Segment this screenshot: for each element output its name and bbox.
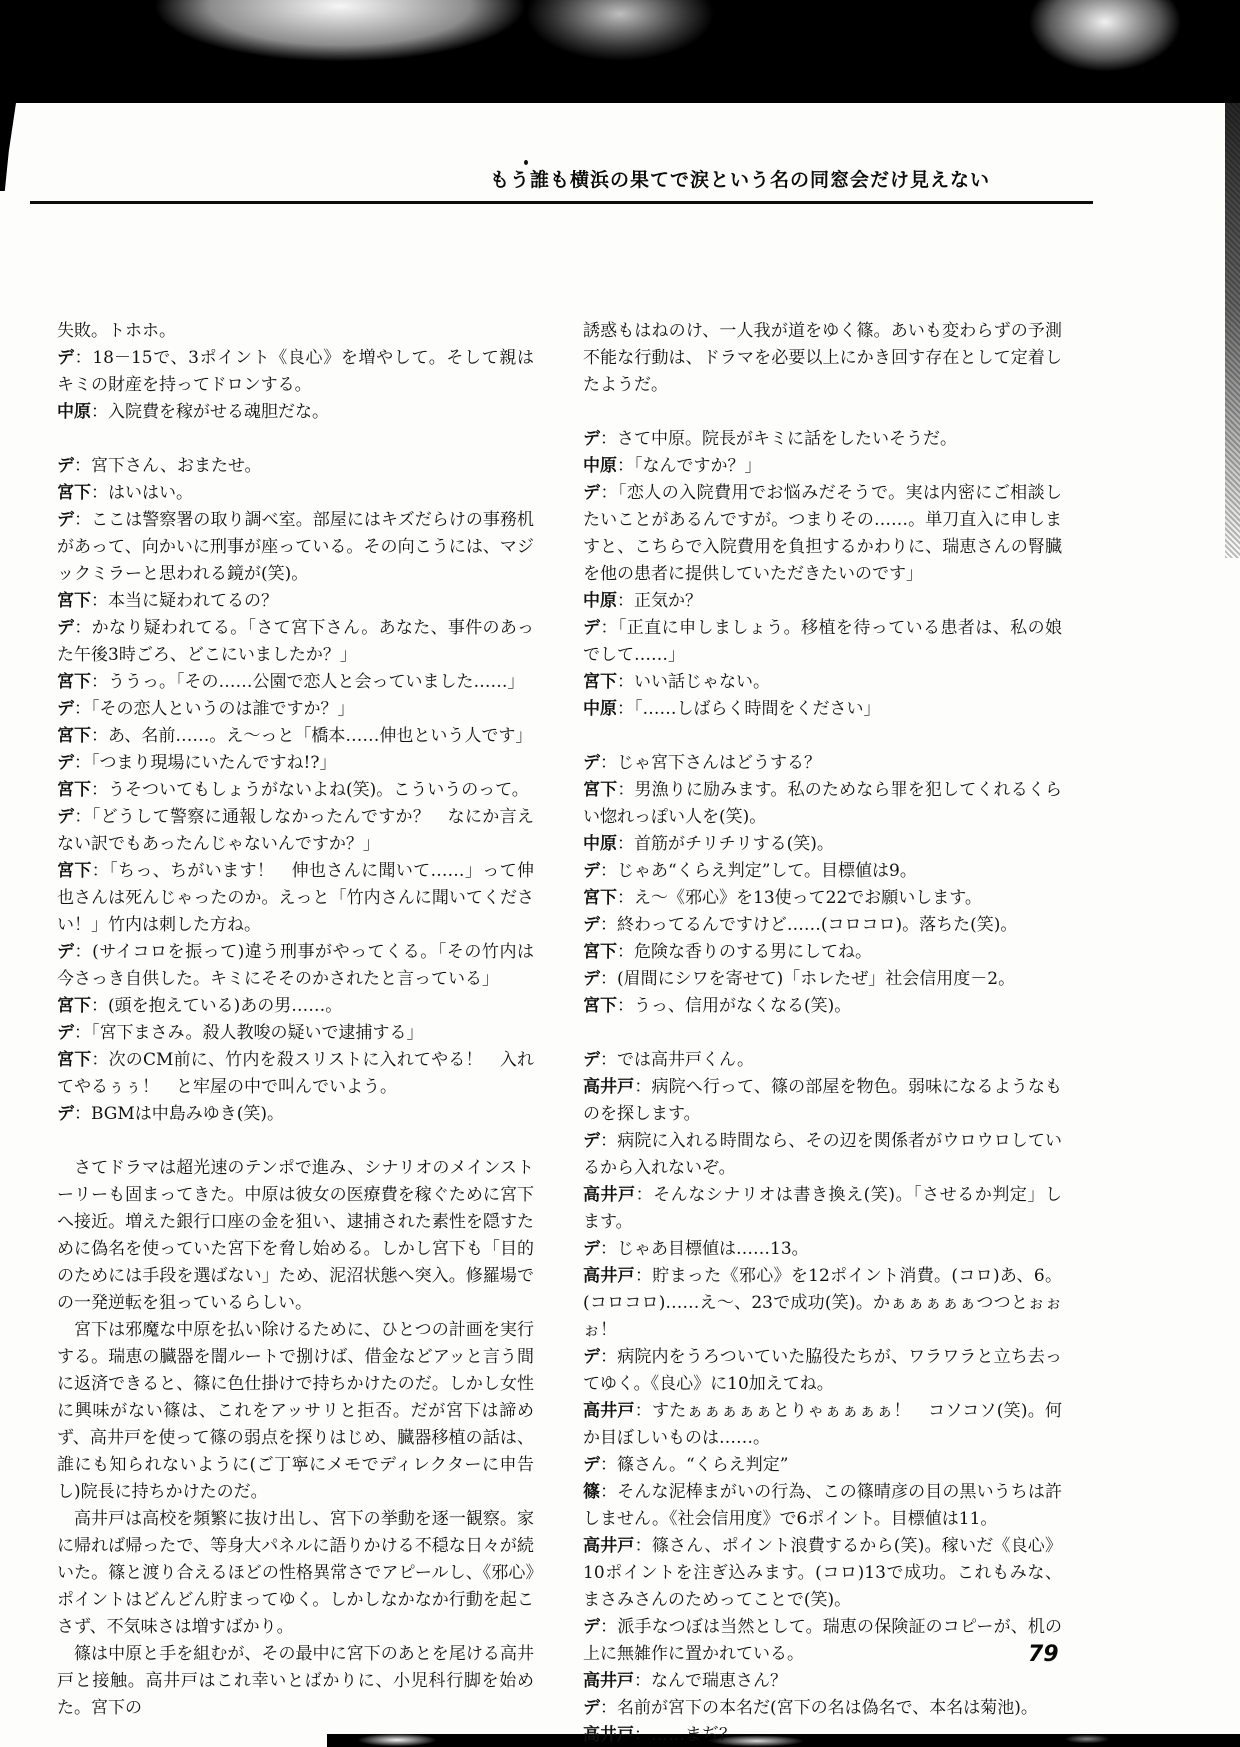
dialogue-text: 篠さん。“くらえ判定” <box>617 1455 788 1475</box>
dialogue-line: 高井戸：すたぁぁぁぁぁとりゃぁぁぁぁ！ コソコソ(笑)。何か目ぼしいものは……。 <box>583 1398 1062 1452</box>
speaker-separator: ： <box>74 807 91 827</box>
dialogue-text: 「正直に申しましょう。移植を待っている患者は、私の娘でして……」 <box>583 618 1062 665</box>
dialogue-text: ……まぢ？ <box>651 1725 736 1745</box>
dialogue-text: さて中原。院長がキミに話をしたいそうだ。 <box>617 429 957 449</box>
speaker-label: デ <box>57 348 75 368</box>
dialogue-text: うっ、信用がなくなる(笑)。 <box>634 996 851 1016</box>
dialogue-line: 高井戸：病院へ行って、篠の部屋を物色。弱味になるようなものを探します。 <box>583 1074 1062 1128</box>
dialogue-line: デ：BGMは中島みゆき(笑)。 <box>57 1101 534 1128</box>
speaker-label: 宮下 <box>57 1050 91 1070</box>
dialogue-line: 宮下：次のCM前に、竹内を殺スリストに入れてやる！ 入れてやるぅぅ！ と牢屋の中… <box>57 1047 534 1101</box>
dialogue-text: 「ちっ、ちがいます！ 伸也さんに聞いて……」って伸也さんは死んじゃったのか。えっ… <box>57 861 534 935</box>
speaker-label: デ <box>57 753 74 773</box>
dialogue-text: そんなシナリオは書き換え(笑)。「させるか判定」します。 <box>583 1185 1062 1232</box>
dialogue-text: 終わってるんですけど……(コロコロ)。落ちた(笑)。 <box>617 915 1017 935</box>
dialogue-text: ここは警察署の取り調べ室。部屋にはキズだらけの事務机があって、向かいに刑事が座っ… <box>57 510 534 584</box>
dialogue-text: じゃあ“くらえ判定”して。目標値は9。 <box>617 861 917 881</box>
speaker-separator: ： <box>635 1266 652 1286</box>
dialogue-text: 「つまり現場にいたんですね!?」 <box>91 753 336 773</box>
speaker-label: デ <box>57 699 74 719</box>
dialogue-text: BGMは中島みゆき(笑)。 <box>91 1104 284 1124</box>
dialogue-text: かなり疑われてる。「さて宮下さん。あなた、事件のあった午後3時ごろ、どこにいまし… <box>57 618 534 665</box>
dialogue-text: 「恋人の入院費用でお悩みだそうで。実は内密にご相談したいことがあるんですが。つま… <box>583 483 1062 584</box>
speaker-separator: ： <box>634 1725 651 1745</box>
speaker-separator: ： <box>634 1671 651 1691</box>
dialogue-text: 貯まった《邪心》を12ポイント消費。(コロ)あ、6。(コロコロ)……え〜、23で… <box>583 1266 1062 1340</box>
speaker-label: 高井戸 <box>583 1671 634 1691</box>
dialogue-text: 派手なつぼは当然として。瑞恵の保険証のコピーが、机の上に無雑作に置かれている。 <box>583 1617 1062 1664</box>
dialogue-text: (サイコロを振って)違う刑事がやってくる。「その竹内は今さっき自供した。キミにそ… <box>57 942 534 989</box>
speaker-label: 宮下 <box>57 861 92 881</box>
speaker-label: デ <box>583 1617 600 1637</box>
speaker-label: デ <box>583 1131 600 1151</box>
speaker-label: 宮下 <box>57 483 91 503</box>
scan-artifact-top-band <box>0 0 1240 103</box>
dialogue-line: 宮下：(頭を抱えている)あの男……。 <box>57 993 534 1020</box>
speaker-label: 宮下 <box>583 672 617 692</box>
dialogue-text: ううっ。「その……公園で恋人と会っていました……」 <box>108 672 525 692</box>
dialogue-text: 危険な香りのする男にしてね。 <box>634 942 872 962</box>
speaker-label: デ <box>57 618 74 638</box>
speaker-label: 中原 <box>583 699 617 719</box>
dialogue-line: 高井戸：……まぢ？ <box>583 1722 1062 1747</box>
dialogue-line: 宮下：はいはい。 <box>57 480 534 507</box>
running-header-title: もう誰も横浜の果てで涙という名の同窓会だけ見えない <box>490 165 990 192</box>
body-paragraph: 高井戸は高校を頻繁に抜け出し、宮下の挙動を逐一観察。家に帰れば帰ったで、等身大パ… <box>57 1506 534 1641</box>
dialogue-text: 病院に入れる時間なら、その辺を関係者がウロウロしているから入れないぞ。 <box>583 1131 1062 1178</box>
dialogue-text: なんで瑞恵さん？ <box>651 1671 787 1691</box>
speaker-label: デ <box>583 861 600 881</box>
dialogue-line: デ：じゃあ目標値は……13。 <box>583 1236 1062 1263</box>
speaker-separator: ： <box>617 780 634 800</box>
dialogue-line: 中原：首筋がチリチリする(笑)。 <box>583 831 1062 858</box>
dialogue-line: 宮下：え〜《邪心》を13使って22でお願いします。 <box>583 885 1062 912</box>
speaker-separator: ： <box>636 1185 654 1205</box>
speaker-separator: ： <box>74 618 91 638</box>
speaker-label: 中原 <box>583 834 617 854</box>
dialogue-text: 次のCM前に、竹内を殺スリストに入れてやる！ 入れてやるぅぅ！ と牢屋の中で叫ん… <box>57 1050 534 1097</box>
dialogue-line: デ：「宮下まさみ。殺人教唆の疑いで逮捕する」 <box>57 1020 534 1047</box>
speaker-separator: ： <box>600 1050 617 1070</box>
dialogue-text: 「……しばらく時間をください」 <box>634 699 881 719</box>
dialogue-line: 宮下：「ちっ、ちがいます！ 伸也さんに聞いて……」って伸也さんは死んじゃったのか… <box>57 858 534 939</box>
speaker-separator: ： <box>75 348 93 368</box>
dialogue-line: デ：18－15で、3ポイント《良心》を増やして。そして親はキミの財産を持ってドロ… <box>57 345 534 399</box>
speaker-separator: ： <box>600 1347 617 1367</box>
speaker-label: 高井戸 <box>583 1536 635 1556</box>
dialogue-line: デ：じゃあ“くらえ判定”して。目標値は9。 <box>583 858 1062 885</box>
dialogue-text: 首筋がチリチリする(笑)。 <box>634 834 834 854</box>
dialogue-line: デ：終わってるんですけど……(コロコロ)。落ちた(笑)。 <box>583 912 1062 939</box>
speaker-label: 宮下 <box>57 726 91 746</box>
speaker-label: デ <box>583 618 600 638</box>
speaker-separator: ： <box>74 510 91 530</box>
dialogue-line: 宮下：あ、名前……。え〜っと「橋本……伸也という人です」 <box>57 723 534 750</box>
speaker-separator: ： <box>617 699 634 719</box>
speaker-separator: ： <box>600 1455 617 1475</box>
dialogue-line: デ：名前が宮下の本名だ(宮下の名は偽名で、本名は菊池)。 <box>583 1695 1062 1722</box>
dialogue-line: デ：宮下さん、おまたせ。 <box>57 453 534 480</box>
dialogue-line: 高井戸：篠さん、ポイント浪費するから(笑)。稼いだ《良心》10ポイントを注ぎ込み… <box>583 1533 1062 1614</box>
dialogue-line: 中原：「……しばらく時間をください」 <box>583 696 1062 723</box>
dialogue-text: すたぁぁぁぁぁとりゃぁぁぁぁ！ コソコソ(笑)。何か目ぼしいものは……。 <box>583 1401 1062 1448</box>
dialogue-line: デ：かなり疑われてる。「さて宮下さん。あなた、事件のあった午後3時ごろ、どこにい… <box>57 615 534 669</box>
speaker-label: デ <box>57 510 74 530</box>
speaker-label: 宮下 <box>57 780 91 800</box>
body-paragraph: 失敗。トホホ。 <box>57 318 534 345</box>
speaker-separator: ： <box>74 699 91 719</box>
body-paragraph: 篠は中原と手を組むが、その最中に宮下のあとを尾ける高井戸と接触。高井戸はこれ幸い… <box>57 1641 534 1722</box>
dialogue-text: では高井戸くん。 <box>617 1050 754 1070</box>
dialogue-line: 宮下：危険な香りのする男にしてね。 <box>583 939 1062 966</box>
speaker-separator: ： <box>600 618 617 638</box>
speaker-label: 高井戸 <box>583 1185 636 1205</box>
speaker-label: デ <box>583 1050 600 1070</box>
speaker-label: 篠 <box>583 1482 600 1502</box>
body-paragraph: さてドラマは超光速のテンポで進み、シナリオのメインストーリーも固まってきた。中原… <box>57 1155 534 1317</box>
dialogue-text: (眉間にシワを寄せて)「ホレたぜ」社会信用度－2。 <box>617 969 1015 989</box>
speaker-label: 宮下 <box>583 996 617 1016</box>
dialogue-line: 宮下：ううっ。「その……公園で恋人と会っていました……」 <box>57 669 534 696</box>
dialogue-text: 「どうして警察に通報しなかったんですか？ なにか言えない訳でもあったんじゃないん… <box>57 807 534 854</box>
right-column: 誘惑もはねのけ、一人我が道をゆく篠。あいも変わらずの予測不能な行動は、ドラマを必… <box>583 318 1062 1747</box>
dialogue-line: デ：「つまり現場にいたんですね!?」 <box>57 750 534 777</box>
dialogue-line: デ：病院に入れる時間なら、その辺を関係者がウロウロしているから入れないぞ。 <box>583 1128 1062 1182</box>
speaker-label: デ <box>57 1023 74 1043</box>
dialogue-line: 高井戸：そんなシナリオは書き換え(笑)。「させるか判定」します。 <box>583 1182 1062 1236</box>
dialogue-line: 中原：「なんですか？」 <box>583 453 1062 480</box>
dialogue-line: デ：篠さん。“くらえ判定” <box>583 1452 1062 1479</box>
speaker-separator: ： <box>91 672 108 692</box>
dialogue-line: デ：「正直に申しましょう。移植を待っている患者は、私の娘でして……」 <box>583 615 1062 669</box>
speaker-separator: ： <box>600 861 617 881</box>
dialogue-line: デ：「その恋人というのは誰ですか？」 <box>57 696 534 723</box>
dialogue-text: はいはい。 <box>108 483 193 503</box>
speaker-label: デ <box>583 753 600 773</box>
dialogue-line: デ：(眉間にシワを寄せて)「ホレたぜ」社会信用度－2。 <box>583 966 1062 993</box>
speaker-label: デ <box>583 915 600 935</box>
speaker-separator: ： <box>617 591 634 611</box>
speaker-separator: ： <box>600 483 617 503</box>
dialogue-text: 名前が宮下の本名だ(宮下の名は偽名で、本名は菊池)。 <box>617 1698 1038 1718</box>
dialogue-text: 入院費を稼がせる魂胆だな。 <box>108 402 329 422</box>
speaker-label: デ <box>57 1104 74 1124</box>
speaker-separator: ： <box>600 969 617 989</box>
dialogue-line: 中原：入院費を稼がせる魂胆だな。 <box>57 399 534 426</box>
speaker-label: デ <box>583 483 600 503</box>
speaker-label: 高井戸 <box>583 1266 635 1286</box>
speaker-label: 中原 <box>57 402 91 422</box>
speaker-label: 宮下 <box>583 888 617 908</box>
speaker-separator: ： <box>634 1077 651 1097</box>
speaker-separator: ： <box>600 1131 617 1151</box>
speaker-separator: ： <box>635 1401 652 1421</box>
speaker-label: 宮下 <box>57 591 91 611</box>
body-paragraph: 宮下は邪魔な中原を払い除けるために、ひとつの計画を実行する。瑞恵の臓器を闇ルート… <box>57 1317 534 1506</box>
speaker-label: デ <box>583 1455 600 1475</box>
dialogue-line: デ：病院内をうろついていた脇役たちが、ワラワラと立ち去ってゆく。《良心》に10加… <box>583 1344 1062 1398</box>
dialogue-text: 正気か？ <box>634 591 702 611</box>
speaker-separator: ： <box>600 429 617 449</box>
dialogue-line: 篠：そんな泥棒まがいの行為、この篠晴彦の目の黒いうちは許しません。《社会信用度》… <box>583 1479 1062 1533</box>
speaker-label: 宮下 <box>57 672 91 692</box>
speaker-separator: ： <box>600 1239 617 1259</box>
dialogue-text: あ、名前……。え〜っと「橋本……伸也という人です」 <box>108 726 532 746</box>
dialogue-line: 宮下：うっ、信用がなくなる(笑)。 <box>583 993 1062 1020</box>
speaker-separator: ： <box>91 780 108 800</box>
scanned-magazine-page: もう誰も横浜の果てで涙という名の同窓会だけ見えない 失敗。トホホ。デ：18－15… <box>0 0 1240 1747</box>
scan-artifact-left-blob <box>0 103 16 191</box>
speaker-label: 宮下 <box>583 780 617 800</box>
dialogue-text: 本当に疑われてるの？ <box>108 591 278 611</box>
speaker-separator: ： <box>600 1617 617 1637</box>
body-paragraph: 誘惑もはねのけ、一人我が道をゆく篠。あいも変わらずの予測不能な行動は、ドラマを必… <box>583 318 1062 399</box>
speaker-separator: ： <box>91 591 108 611</box>
header-divider-rule <box>30 201 1093 204</box>
speaker-label: デ <box>583 1698 600 1718</box>
speaker-separator: ： <box>91 1050 108 1070</box>
speaker-label: デ <box>57 456 74 476</box>
dialogue-text: いい話じゃない。 <box>634 672 770 692</box>
speaker-label: 宮下 <box>583 942 617 962</box>
page-number: 79 <box>1028 1642 1059 1667</box>
speaker-separator: ： <box>74 1104 91 1124</box>
dialogue-line: デ：(サイコロを振って)違う刑事がやってくる。「その竹内は今さっき自供した。キミ… <box>57 939 534 993</box>
dialogue-text: 「宮下まさみ。殺人教唆の疑いで逮捕する」 <box>91 1023 424 1043</box>
dialogue-line: デ：では高井戸くん。 <box>583 1047 1062 1074</box>
speaker-separator: ： <box>91 996 108 1016</box>
dialogue-text: 男漁りに励みます。私のためなら罪を犯してくれるくらい惚れっぽい人を(笑)。 <box>583 780 1062 827</box>
speaker-label: 中原 <box>583 456 617 476</box>
dialogue-line: 宮下：本当に疑われてるの？ <box>57 588 534 615</box>
speaker-label: デ <box>583 1347 600 1367</box>
speaker-separator: ： <box>91 726 108 746</box>
dialogue-line: デ：ここは警察署の取り調べ室。部屋にはキズだらけの事務机があって、向かいに刑事が… <box>57 507 534 588</box>
speaker-label: デ <box>583 969 600 989</box>
speaker-separator: ： <box>617 672 634 692</box>
dialogue-text: じゃあ目標値は……13。 <box>617 1239 809 1259</box>
speaker-separator: ： <box>91 402 108 422</box>
speaker-separator: ： <box>600 1698 617 1718</box>
speaker-label: 高井戸 <box>583 1401 635 1421</box>
dialogue-line: 中原：正気か？ <box>583 588 1062 615</box>
dialogue-text: 病院へ行って、篠の部屋を物色。弱味になるようなものを探します。 <box>583 1077 1062 1124</box>
dialogue-text: 宮下さん、おまたせ。 <box>91 456 262 476</box>
dialogue-line: デ：じゃ宮下さんはどうする？ <box>583 750 1062 777</box>
dialogue-line: 宮下：男漁りに励みます。私のためなら罪を犯してくれるくらい惚れっぽい人を(笑)。 <box>583 777 1062 831</box>
speaker-separator: ： <box>617 996 634 1016</box>
speaker-separator: ： <box>617 942 634 962</box>
dialogue-text: 18－15で、3ポイント《良心》を増やして。そして親はキミの財産を持ってドロンす… <box>57 348 534 395</box>
dialogue-text: (頭を抱えている)あの男……。 <box>108 996 342 1016</box>
speaker-separator: ： <box>600 915 617 935</box>
speaker-label: デ <box>583 1239 600 1259</box>
speaker-label: デ <box>57 807 74 827</box>
speaker-separator: ： <box>75 942 93 962</box>
speaker-separator: ： <box>600 753 617 773</box>
scan-artifact-right-strip <box>1225 103 1240 558</box>
dialogue-text: うそついてもしょうがないよね(笑)。こういうのって。 <box>108 780 529 800</box>
dialogue-line: 宮下：うそついてもしょうがないよね(笑)。こういうのって。 <box>57 777 534 804</box>
left-column: 失敗。トホホ。デ：18－15で、3ポイント《良心》を増やして。そして親はキミの財… <box>57 318 534 1722</box>
dialogue-line: 宮下：いい話じゃない。 <box>583 669 1062 696</box>
dialogue-text: 「なんですか？」 <box>634 456 762 476</box>
speaker-separator: ： <box>74 1023 91 1043</box>
speaker-label: デ <box>57 942 75 962</box>
speaker-separator: ： <box>600 1482 617 1502</box>
dialogue-line: デ：「恋人の入院費用でお悩みだそうで。実は内密にご相談したいことがあるんですが。… <box>583 480 1062 588</box>
dialogue-text: 病院内をうろついていた脇役たちが、ワラワラと立ち去ってゆく。《良心》に10加えて… <box>583 1347 1062 1394</box>
speaker-label: 高井戸 <box>583 1725 634 1745</box>
dialogue-line: 高井戸：貯まった《邪心》を12ポイント消費。(コロ)あ、6。(コロコロ)……え〜… <box>583 1263 1062 1344</box>
speaker-label: 高井戸 <box>583 1077 634 1097</box>
speaker-label: 中原 <box>583 591 617 611</box>
dialogue-line: 高井戸：なんで瑞恵さん？ <box>583 1668 1062 1695</box>
dialogue-text: じゃ宮下さんはどうする？ <box>617 753 821 773</box>
speaker-separator: ： <box>617 888 634 908</box>
dialogue-line: デ：派手なつぼは当然として。瑞恵の保険証のコピーが、机の上に無雑作に置かれている… <box>583 1614 1062 1668</box>
dialogue-text: 「その恋人というのは誰ですか？」 <box>91 699 355 719</box>
speaker-separator: ： <box>91 483 108 503</box>
speaker-separator: ： <box>617 834 634 854</box>
speaker-label: 宮下 <box>57 996 91 1016</box>
speaker-label: デ <box>583 429 600 449</box>
dialogue-line: デ：「どうして警察に通報しなかったんですか？ なにか言えない訳でもあったんじゃな… <box>57 804 534 858</box>
speaker-separator: ： <box>617 456 634 476</box>
dialogue-text: 篠さん、ポイント浪費するから(笑)。稼いだ《良心》10ポイントを注ぎ込みます。(… <box>583 1536 1062 1610</box>
speaker-separator: ： <box>74 753 91 773</box>
dialogue-text: え〜《邪心》を13使って22でお願いします。 <box>634 888 982 908</box>
speaker-separator: ： <box>74 456 91 476</box>
speaker-separator: ： <box>635 1536 652 1556</box>
dialogue-line: デ：さて中原。院長がキミに話をしたいそうだ。 <box>583 426 1062 453</box>
dialogue-text: そんな泥棒まがいの行為、この篠晴彦の目の黒いうちは許しません。《社会信用度》で6… <box>583 1482 1062 1529</box>
speaker-separator: ： <box>92 861 109 881</box>
